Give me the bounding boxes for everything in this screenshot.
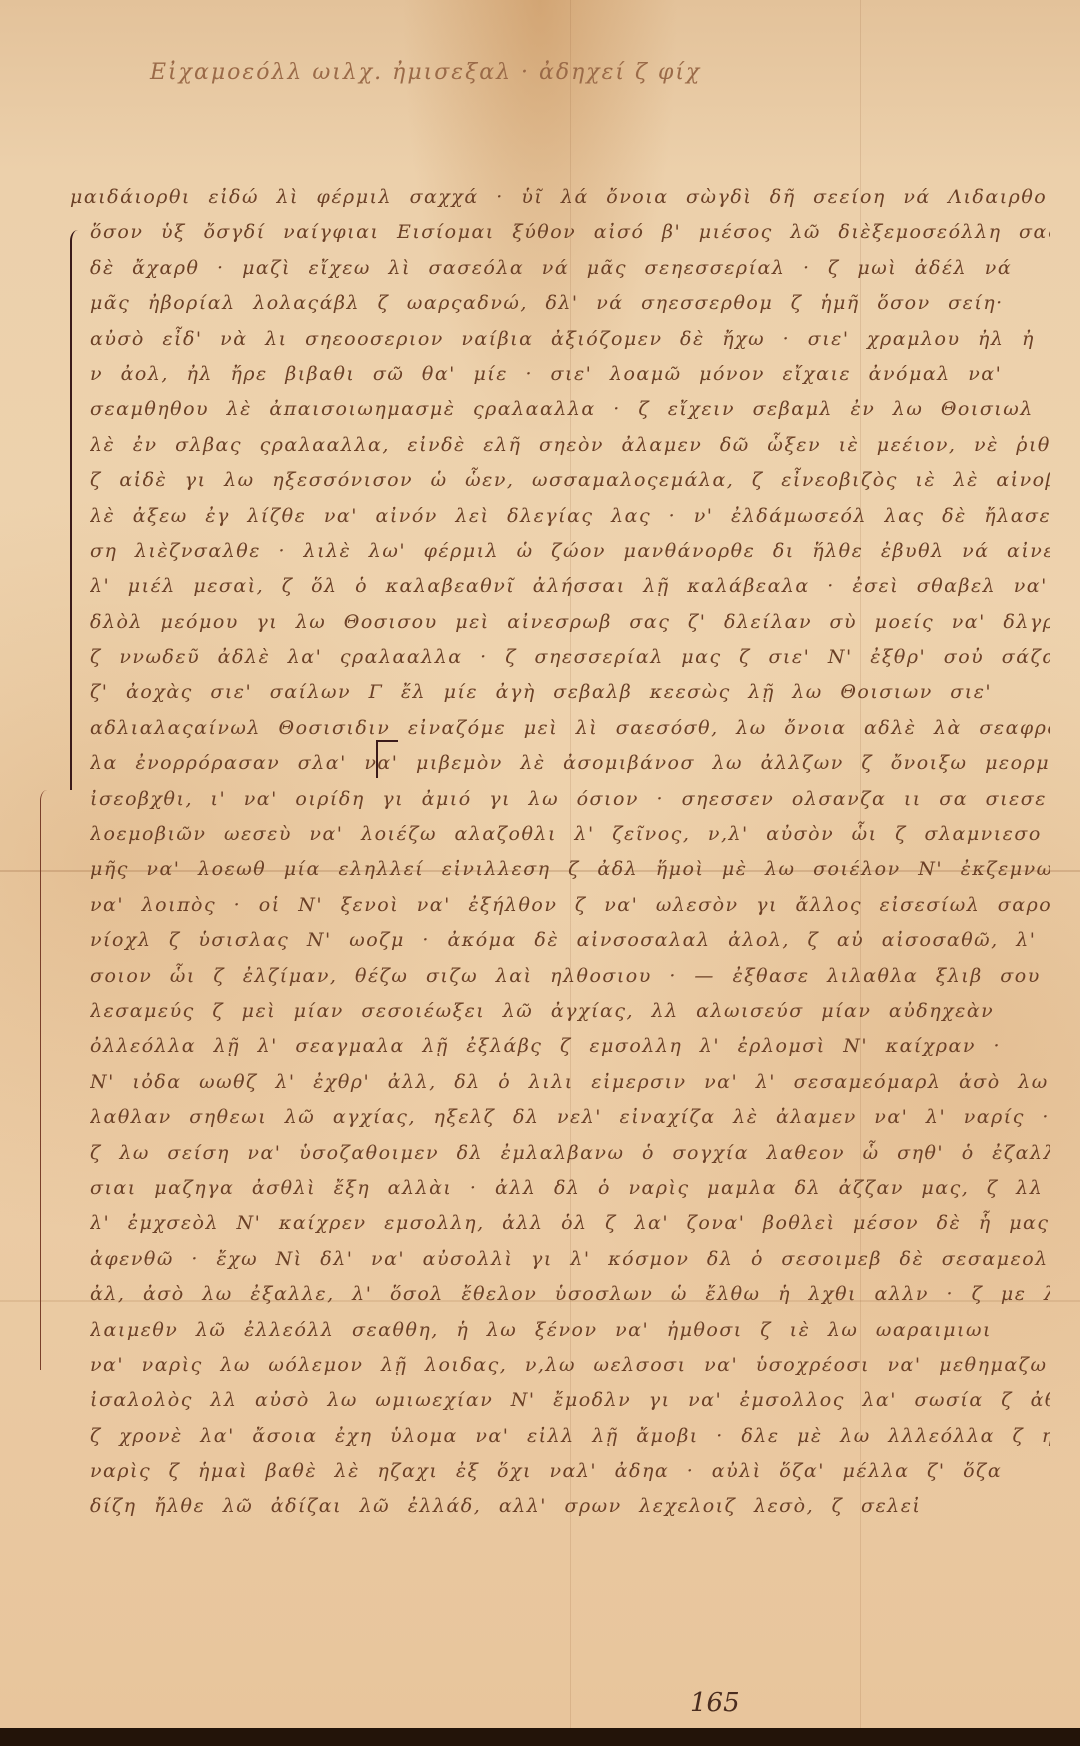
text-line: Ν' ιὀδα ωωθζ λ' ἐχθρ' ἀλλ, δλ ὁ λιλι εἰμ… — [90, 1065, 1050, 1100]
text-line: ναρὶς ζ ἡμαὶ βαθὲ λὲ ηζαχι ἐξ ὅχι ναλ' ἀ… — [90, 1454, 1050, 1489]
text-line: λὲ ἐν σλβας ςραλααλλα, εἰνδὲ ελῆ σηεὸν ἀ… — [90, 428, 1050, 463]
manuscript-page: Εἰχαμοεόλλ ωιλχ. ἠμισεξαλ · ἀδηχεί ζ φίχ… — [0, 0, 1080, 1728]
text-line: να' ναρὶς λω ωόλεμον λῇ λοιδας, ν,λω ωελ… — [90, 1348, 1050, 1383]
manuscript-body: μαιδάιορθι εἰδώ λὶ φέρμιλ σαχχά · ὑῖ λά … — [90, 180, 1050, 1525]
text-line: ἰσαλολὸς λλ αὐσὸ λω ωμιωεχίαν Ν' ἔμοδλν … — [90, 1383, 1050, 1418]
text-line: λαθλαν σηθεωι λῶ αγχίας, ηξελζ δλ νελ' ε… — [90, 1100, 1050, 1135]
text-line: σοιον ὧι ζ ἐλζίμαν, θέζω σιζω λαὶ ηλθοσι… — [90, 959, 1050, 994]
text-line: ζ αἰδὲ γι λω ηξεσσόνισον ὡ ὧεν, ωσσαμαλο… — [90, 463, 1050, 498]
text-line: ἀλ, ἀσὸ λω ἐξαλλε, λ' ὅσολ ἔθελον ὑσοσλω… — [90, 1277, 1050, 1312]
text-line: ζ ννωδεῦ ἀδλὲ λα' ςραλααλλα · ζ σηεσσερί… — [90, 640, 1050, 675]
text-line: ζ' ἀοχὰς σιε' σαίλων Γ ἔλ μίε ἀγὴ σεβαλβ… — [90, 675, 1050, 710]
text-line: λ' μιέλ μεσαὶ, ζ ὅλ ὁ καλαβεαθνῖ ἀλήσσαι… — [90, 569, 1050, 604]
text-line: λ' ἐμχσεὸλ Ν' καίχρεν εμσολλη, ἀλλ ὁλ ζ … — [90, 1206, 1050, 1241]
text-line: ση λιὲζνσαλθε · λιλὲ λω' φέρμιλ ὡ ζώον μ… — [90, 534, 1050, 569]
text-line: λοεμοβιῶν ωεσεὺ να' λοιέζω αλαζοθλι λ' ζ… — [90, 817, 1050, 852]
text-line: ν ἀολ, ἠλ ἤρε βιβαθι σῶ θα' μίε · σιε' λ… — [90, 357, 1050, 392]
text-line: ἀφενθῶ · ἔχω Νὶ δλ' να' αὐσολλὶ γι λ' κό… — [90, 1242, 1050, 1277]
background-edge — [0, 1728, 1080, 1746]
text-line: μῆς να' λοεωθ μία εληλλεί εἰνιλλεση ζ ἀδ… — [90, 852, 1050, 887]
text-line: ζ χρονὲ λα' ἄσοια ἐχη ὑλομα να' εἰλλ λῇ … — [90, 1419, 1050, 1454]
text-line: δλὸλ μεόμου γι λω Θοσισου μεὶ αἰνεσρωβ σ… — [90, 605, 1050, 640]
page-number: 165 — [690, 1688, 740, 1718]
margin-annotation-line — [40, 790, 47, 1370]
header-line: Εἰχαμοεόλλ ωιλχ. ἠμισεξαλ · ἀδηχεί ζ φίχ — [150, 60, 701, 85]
text-line: λεσαμεύς ζ μεὶ μίαν σεσοιέωξει λῶ ἀγχίας… — [90, 994, 1050, 1029]
text-line: σιαι μαζηγα ἀσθλὶ ἔξη αλλὰι · ἀλλ δλ ὁ ν… — [90, 1171, 1050, 1206]
text-line: ἰσεοβχθι, ι' να' οιρίδη γι ἀμιό γι λω όσ… — [90, 782, 1050, 817]
text-line: δὲ ἄχαρθ · μαζὶ εἴχεω λὶ σασεόλα νά μᾶς … — [90, 251, 1050, 286]
text-line: σεαμθηθου λὲ ἀπαισοιωημασμὲ ςραλααλλα · … — [90, 392, 1050, 427]
text-line: δίζη ἤλθε λῶ ἀδίζαι λῶ ἐλλάδ, αλλ' σρων … — [90, 1489, 1050, 1524]
text-line: ὅσον ὑξ ὄσγδί ναίγφιαι Εισίομαι ξύθον αἰ… — [90, 215, 1050, 250]
text-line: ὀλλεόλλα λῇ λ' σεαγμαλα λῇ ἐξλάβς ζ εμσο… — [90, 1029, 1050, 1064]
text-line: νίοχλ ζ ὑσισλας Ν' ωοζμ · ἀκόμα δὲ αἰνσο… — [90, 923, 1050, 958]
text-line: λὲ ἀξεω ἐγ λίζθε να' αἰνόν λεὶ δλεγίας λ… — [90, 499, 1050, 534]
text-line: ζ λω σείση να' ὑσοζαθοιμεν δλ ἐμλαλβανω … — [90, 1136, 1050, 1171]
text-line: μᾶς ἠβορίαλ λολαςάβλ ζ ωαρςαδνώ, δλ' νά … — [90, 286, 1050, 321]
text-line: λαιμεθν λῶ ἐλλεόλλ σεαθθη, ἡ λω ξένον να… — [90, 1313, 1050, 1348]
text-line: να' λοιπὸς · οἱ Ν' ξενοὶ να' ἐξήλθον ζ ν… — [90, 888, 1050, 923]
text-line: αδλιαλαςαίνωλ Θοσισιδιν εἰναζόμε μεὶ λὶ … — [90, 711, 1050, 746]
margin-bracket-line — [70, 230, 78, 790]
text-line: αὐσὸ εἶδ' νὰ λι σηεοοσεριον ναίβια ἀξιόζ… — [90, 322, 1050, 357]
text-line: λα ἐνορρόρασαν σλα' να' μιβεμὸν λὲ ἀσομι… — [90, 746, 1050, 781]
text-line: μαιδάιορθι εἰδώ λὶ φέρμιλ σαχχά · ὑῖ λά … — [70, 180, 1050, 215]
